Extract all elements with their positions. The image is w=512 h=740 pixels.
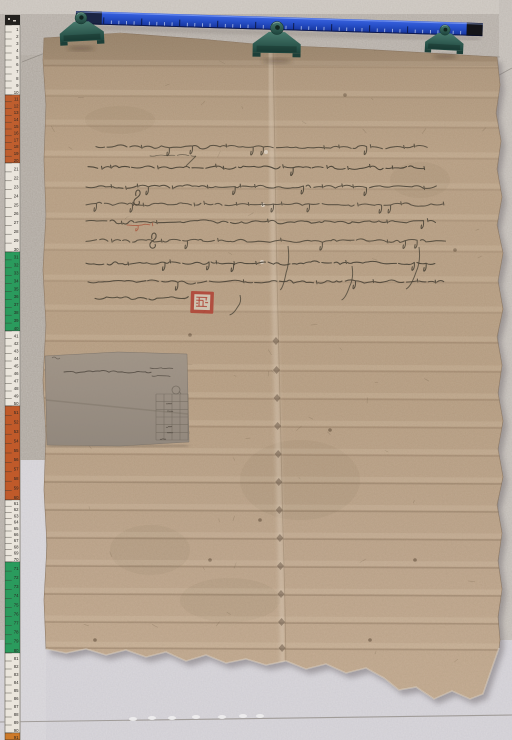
ruler-number: 63 <box>14 513 19 518</box>
ruler-number: 62 <box>14 507 19 512</box>
ruler-number: 42 <box>14 341 19 346</box>
ruler-number: 71 <box>14 566 19 571</box>
ruler-number: 29 <box>14 238 19 243</box>
ruler-number: 89 <box>14 720 19 725</box>
seam-plaster-lump <box>129 717 137 721</box>
ruler-number: 82 <box>14 664 19 669</box>
ruler-number: 15 <box>14 124 19 129</box>
ruler-number: 36 <box>14 294 19 299</box>
ruler-number: 78 <box>14 630 19 635</box>
clip-shadow <box>433 53 457 59</box>
ruler-number: 58 <box>14 476 19 481</box>
ruler-number: 53 <box>14 429 19 434</box>
ruler-number: 18 <box>14 144 19 149</box>
ruler-number: 76 <box>14 611 19 616</box>
fold-highlight <box>44 644 502 646</box>
ruler-number: 86 <box>14 696 19 701</box>
ruler-number: 38 <box>14 310 19 315</box>
ruler-number: 61 <box>14 501 19 506</box>
ruler-number: 19 <box>14 151 19 156</box>
ruler-number: 75 <box>14 602 19 607</box>
clip-shadow <box>262 58 292 64</box>
ruler-number: 48 <box>14 386 19 391</box>
ruler-number: 26 <box>14 211 19 216</box>
ruler-number: 72 <box>14 575 19 580</box>
ruler-number: 88 <box>14 712 19 717</box>
ruler-number: 31 <box>14 255 19 260</box>
ruler-number: 59 <box>14 485 19 490</box>
ruler-number: 35 <box>14 286 19 291</box>
photograph-stage: 1234567891011121314151617181920212223242… <box>0 0 512 740</box>
fold-highlight <box>44 534 502 536</box>
ruler-number: 22 <box>14 176 19 181</box>
ruler-number: 85 <box>14 688 19 693</box>
ruler-number: 23 <box>14 185 19 190</box>
ruler-number: 21 <box>14 167 19 172</box>
fold-highlight <box>44 590 502 592</box>
ruler-number: 77 <box>14 621 19 626</box>
red-seal-stamp <box>190 291 214 314</box>
ruler-number: 57 <box>14 467 19 472</box>
ruler-number: 56 <box>14 457 19 462</box>
ruler-number: 37 <box>14 302 19 307</box>
ruler-number: 34 <box>14 278 19 283</box>
clip-right-foot <box>292 53 300 57</box>
ruler-number: 81 <box>14 656 19 661</box>
ruler-number: 68 <box>14 544 19 549</box>
ruler-number: 70 <box>14 557 19 562</box>
ruler-number: 73 <box>14 584 19 589</box>
ruler-number: 84 <box>14 680 19 685</box>
ruler-header-mark <box>8 18 10 20</box>
paper-speck <box>258 518 262 522</box>
ruler-number: 50 <box>14 401 19 406</box>
paper-stain <box>180 578 280 622</box>
ruler-number: 51 <box>14 410 19 415</box>
ruler-number: 45 <box>14 363 19 368</box>
ruler-number: 83 <box>14 672 19 677</box>
paper-speck <box>93 638 97 642</box>
ruler-number: 52 <box>14 420 19 425</box>
ruler-number: 67 <box>14 538 19 543</box>
ruler-number: 87 <box>14 704 19 709</box>
ruler-number: 41 <box>14 333 19 338</box>
fold-highlight <box>44 450 502 452</box>
ruler-number: 30 <box>14 247 19 252</box>
clip-shadow <box>67 45 95 51</box>
ruler-number: 60 <box>14 495 19 500</box>
ruler-number: 47 <box>14 378 19 383</box>
ruler-number: 11 <box>14 97 19 102</box>
ruler-header-mark <box>13 20 16 22</box>
ruler-number: 43 <box>14 348 19 353</box>
ruler-number: 40 <box>14 326 19 331</box>
ruler-number: 80 <box>14 648 19 653</box>
ruler-number: 14 <box>14 117 19 122</box>
fold-highlight <box>44 478 502 480</box>
ruler-number: 13 <box>14 110 19 115</box>
tape-right-cap <box>466 23 482 36</box>
seam-plaster-lump <box>239 714 247 718</box>
ruler-number: 64 <box>14 520 19 525</box>
ruler-number: 44 <box>14 356 19 361</box>
seam-plaster-lump <box>192 715 200 719</box>
ruler-number: 46 <box>14 371 19 376</box>
fold-highlight <box>44 562 502 564</box>
seam-plaster-lump <box>148 716 156 720</box>
seam-plaster-lump <box>218 715 226 719</box>
plaster-fleck <box>264 150 268 154</box>
ruler-number: 16 <box>14 131 19 136</box>
ruler-number: 69 <box>14 551 19 556</box>
clip-body-shading <box>257 46 297 53</box>
ruler-number: 90 <box>14 728 19 733</box>
ruler-number: 10 <box>14 90 19 95</box>
ruler-number: 74 <box>14 593 19 598</box>
ruler-number: 12 <box>14 103 19 108</box>
ruler-number: 25 <box>14 202 19 207</box>
clip-right-foot <box>457 51 464 55</box>
clip-left-foot <box>425 49 432 53</box>
paper-speck <box>368 638 372 642</box>
clip-left-foot <box>60 42 68 46</box>
ruler-number: 28 <box>14 229 19 234</box>
ruler-number: 33 <box>14 271 19 276</box>
ruler-number: 79 <box>14 639 19 644</box>
ruler-number: 17 <box>14 137 19 142</box>
clip-right-foot <box>97 40 105 44</box>
ruler-number: 39 <box>14 318 19 323</box>
fold-highlight <box>44 618 502 620</box>
paper-speck <box>328 428 332 432</box>
ruler-number: 91 <box>14 735 19 740</box>
ruler-number: 32 <box>14 263 19 268</box>
ruler-number: 55 <box>14 448 19 453</box>
clip-left-foot <box>252 53 260 57</box>
ruler-number: 24 <box>14 193 19 198</box>
archival-photo-scene: 1234567891011121314151617181920212223242… <box>0 0 512 740</box>
ruler-number: 20 <box>14 158 19 163</box>
paper-stain <box>390 162 450 198</box>
fold-highlight <box>44 506 502 508</box>
fold-highlight <box>44 92 502 94</box>
seam-plaster-lump <box>168 716 176 720</box>
ruler-header <box>5 15 20 25</box>
ruler-number: 54 <box>14 438 19 443</box>
color-scale-ruler: 1234567891011121314151617181920212223242… <box>4 14 21 740</box>
seal-group <box>190 291 214 314</box>
note-texture <box>45 352 189 446</box>
seam-plaster-lump <box>256 714 264 718</box>
fold-highlight <box>44 337 502 339</box>
ruler-number: 65 <box>14 526 19 531</box>
ruler-number: 27 <box>14 220 19 225</box>
ruler-number: 66 <box>14 532 19 537</box>
attached-note-slip <box>45 352 189 447</box>
ruler-number: 49 <box>14 393 19 398</box>
